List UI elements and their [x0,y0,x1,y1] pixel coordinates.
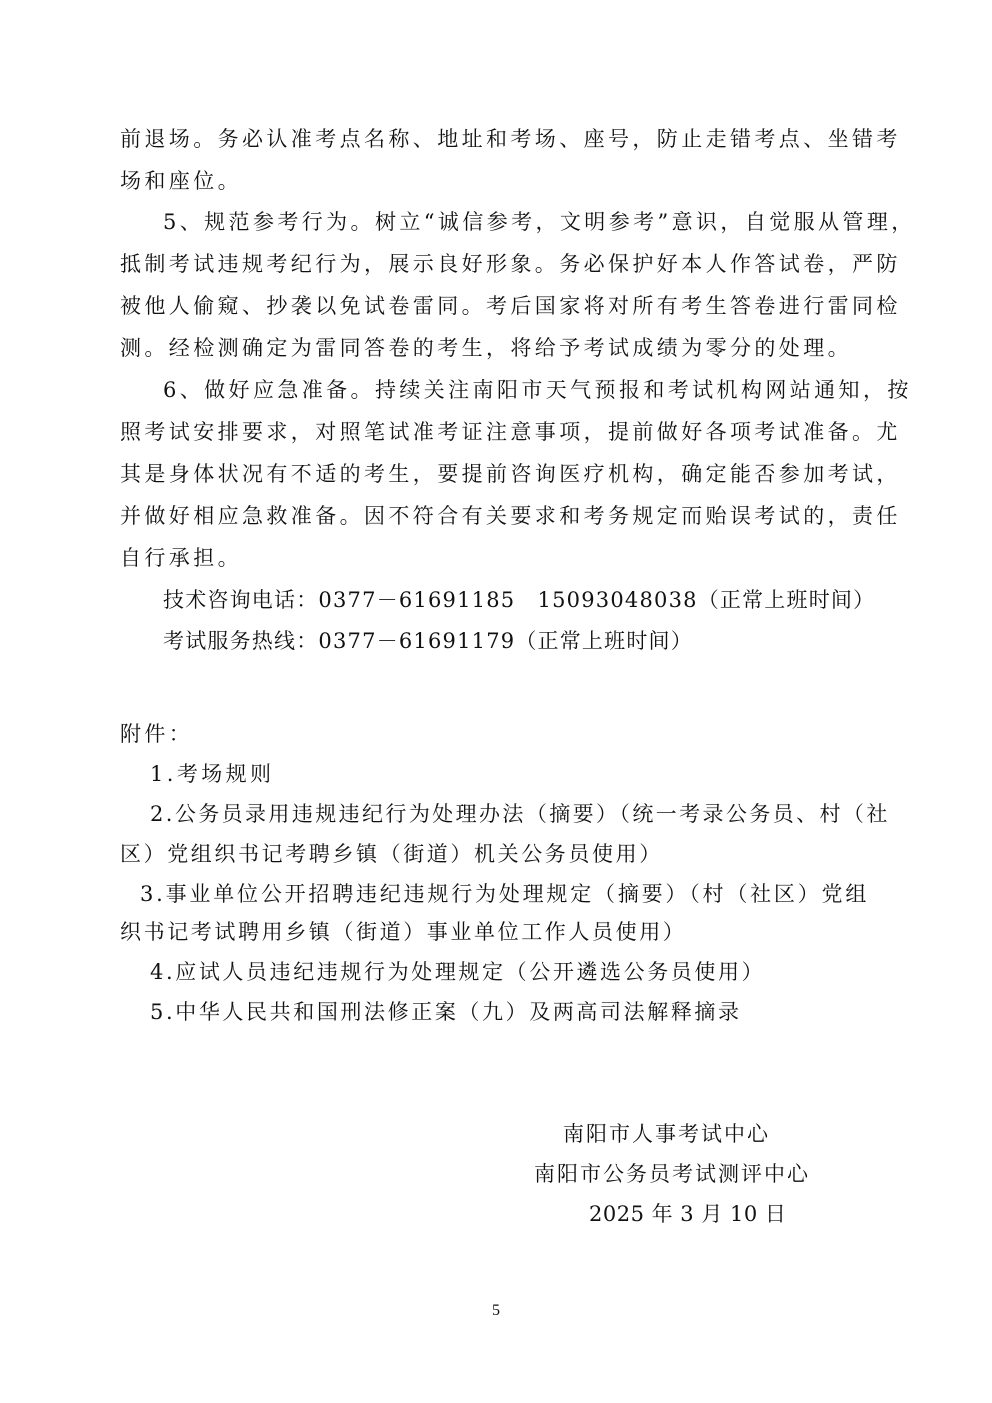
body-line: 自行承担。 [120,544,242,572]
attachments-heading: 附件： [120,720,193,748]
document-page: 前退场。务必认准考点名称、地址和考场、座号，防止走错考点、坐错考 场和座位。 5… [0,0,992,1403]
attachment-item-3: 3.事业单位公开招聘违纪违规行为处理规定（摘要）（村（社区）党组 [140,880,869,908]
body-paragraph-6: 6、做好应急准备。持续关注南阳市天气预报和考试机构网站通知，按 [163,376,912,404]
body-line: 抵制考试违规考纪行为，展示良好形象。务必保护好本人作答试卷，严防 [120,250,901,278]
signature-org-2: 南阳市公务员考试测评中心 [534,1160,810,1188]
attachment-item-3-cont: 织书记考试聘用乡镇（街道）事业单位工作人员使用） [120,918,686,946]
body-line: 其是身体状况有不适的考生，要提前咨询医疗机构，确定能否参加考试， [120,460,901,488]
page-number: 5 [0,1302,992,1320]
tech-support-phone: 技术咨询电话：0377－61691185 15093048038（正常上班时间） [163,586,875,614]
body-line: 测。经检测确定为雷同答卷的考生，将给予考试成绩为零分的处理。 [120,334,852,362]
attachment-item-2: 2.公务员录用违规违纪行为处理办法（摘要）（统一考录公务员、村（社 [150,800,890,828]
attachment-item-2-cont: 区）党组织书记考聘乡镇（街道）机关公务员使用） [120,840,663,868]
attachment-item-4: 4.应试人员违纪违规行为处理规定（公开遴选公务员使用） [150,958,765,986]
body-line: 被他人偷窥、抄袭以免试卷雷同。考后国家将对所有考生答卷进行雷同检 [120,292,901,320]
attachment-item-5: 5.中华人民共和国刑法修正案（九）及两高司法解释摘录 [150,998,742,1026]
body-line: 前退场。务必认准考点名称、地址和考场、座号，防止走错考点、坐错考 [120,125,901,153]
service-hotline: 考试服务热线：0377－61691179（正常上班时间） [163,627,693,655]
signature-org-1: 南阳市人事考试中心 [563,1120,770,1148]
body-paragraph-5: 5、规范参考行为。树立“诚信参考，文明参考”意识，自觉服从管理， [163,208,916,236]
attachment-item-1: 1.考场规则 [150,760,274,788]
body-line: 照考试安排要求，对照笔试准考证注意事项，提前做好各项考试准备。尤 [120,418,901,446]
signature-date: 2025 年 3 月 10 日 [589,1200,786,1228]
body-line: 场和座位。 [120,167,242,195]
body-line: 并做好相应急救准备。因不符合有关要求和考务规定而贻误考试的，责任 [120,502,901,530]
